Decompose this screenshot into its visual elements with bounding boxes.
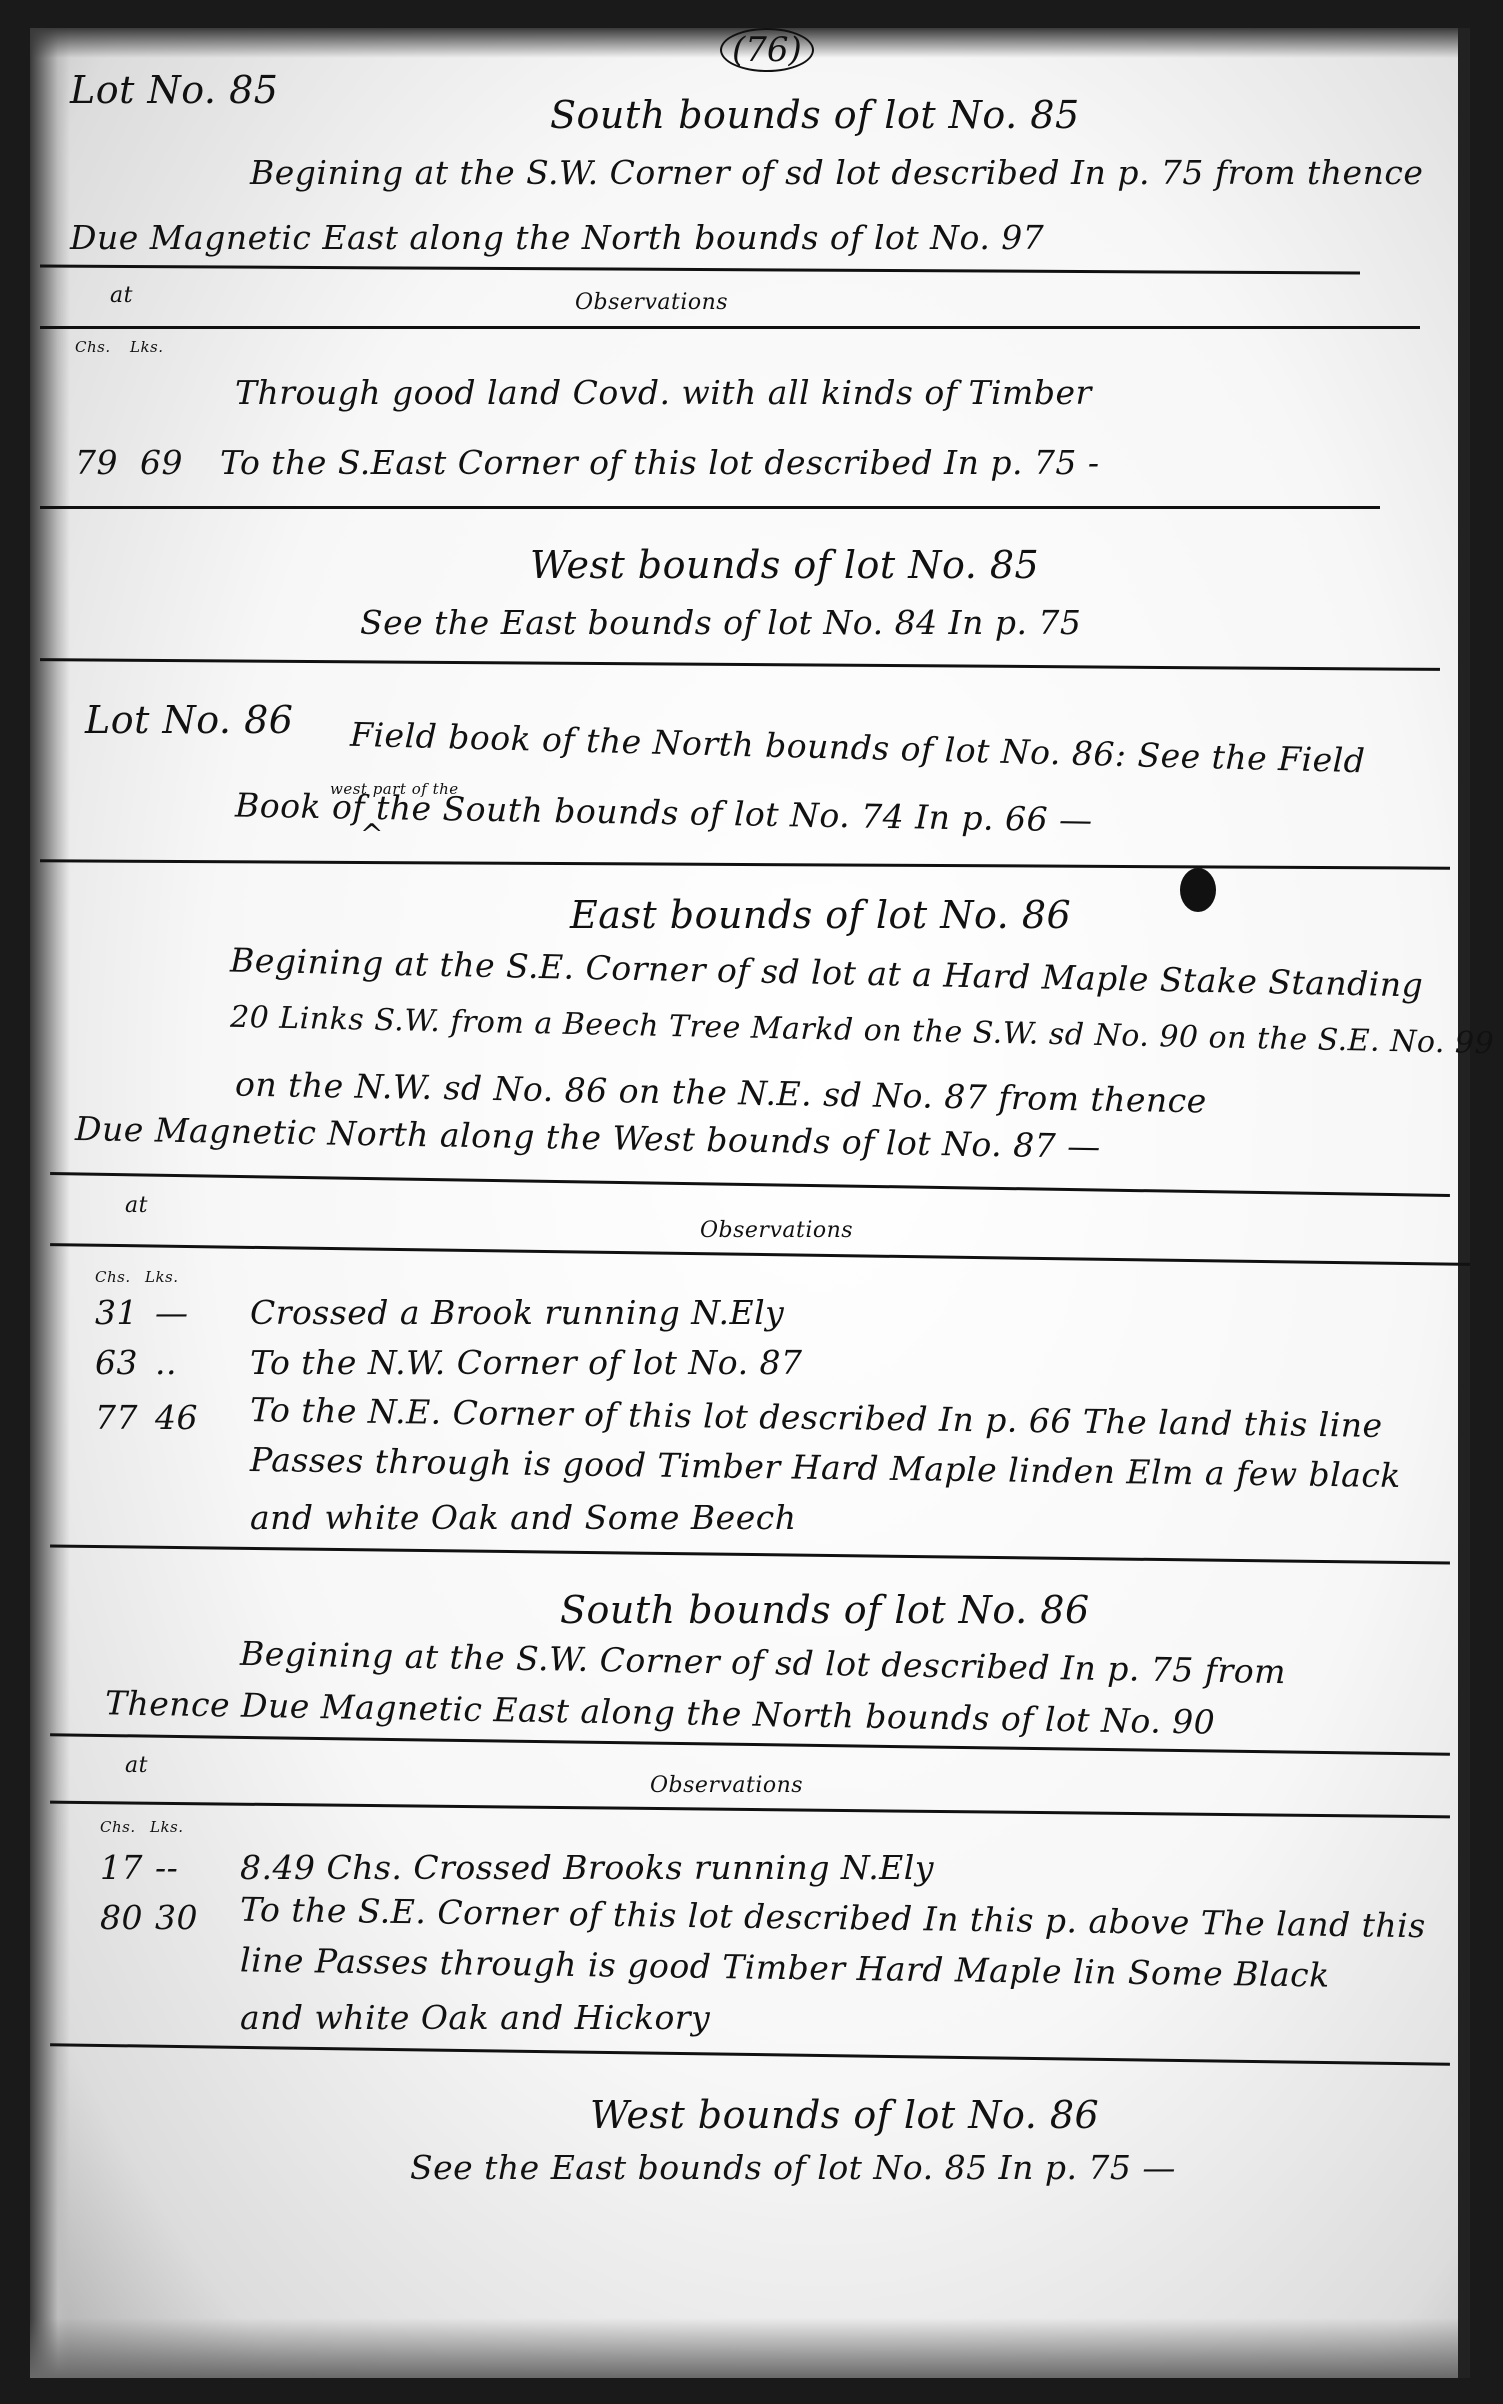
intro-line: on the N.W. sd No. 86 on the N.E. sd No.…	[235, 1065, 1207, 1121]
field-book-page: (76) Lot No. 85 South bounds of lot No. …	[30, 28, 1470, 2378]
chains-value: 77	[95, 1398, 138, 1437]
chains-value: 63	[95, 1343, 138, 1382]
column-header-observations: Observations	[575, 290, 728, 315]
divider	[50, 1801, 1450, 1819]
links-value: —	[155, 1293, 189, 1332]
unit-chains: Chs.	[95, 1268, 131, 1286]
divider	[50, 2043, 1450, 2066]
page-shadow-bottom	[30, 2318, 1470, 2378]
page-binding-right	[1458, 28, 1470, 2378]
lot-label: Lot No. 86	[85, 698, 293, 742]
intro-line: Due Magnetic East along the North bounds…	[70, 218, 1044, 257]
column-header-observations: Observations	[650, 1773, 803, 1798]
column-header-at: at	[125, 1193, 148, 1218]
section-heading: South bounds of lot No. 85	[550, 93, 1080, 137]
section-heading: South bounds of lot No. 86	[560, 1588, 1090, 1632]
intro-line: 20 Links S.W. from a Beech Tree Markd on…	[230, 1000, 1495, 1061]
divider	[50, 1172, 1450, 1197]
chains-value: 80	[100, 1898, 143, 1937]
lot-label: Lot No. 85	[70, 68, 278, 112]
unit-links: Lks.	[145, 1268, 179, 1286]
page-number: (76)	[720, 28, 814, 72]
links-value: 69	[140, 443, 183, 482]
intro-line: Field book of the North bounds of lot No…	[350, 715, 1366, 781]
divider	[40, 859, 1450, 869]
divider	[40, 658, 1440, 671]
column-header-observations: Observations	[700, 1218, 853, 1243]
observation-text: and white Oak and Some Beech	[250, 1498, 796, 1537]
column-header-at: at	[110, 283, 133, 308]
page-shadow-left	[30, 28, 70, 2378]
links-value: ..	[155, 1343, 177, 1382]
observation-text: and white Oak and Hickory	[240, 1998, 710, 2037]
links-value: --	[155, 1848, 178, 1887]
section-heading: West bounds of lot No. 86	[590, 2093, 1099, 2137]
observation-text: Passes through is good Timber Hard Maple…	[250, 1440, 1401, 1495]
links-value: 30	[155, 1898, 198, 1937]
observation-text: To the S.East Corner of this lot describ…	[220, 443, 1100, 482]
divider	[40, 326, 1420, 329]
intro-line: Due Magnetic North along the West bounds…	[75, 1109, 1101, 1166]
unit-links: Lks.	[150, 1818, 184, 1836]
unit-chains: Chs.	[75, 338, 111, 356]
unit-chains: Chs.	[100, 1818, 136, 1836]
divider	[50, 1733, 1450, 1756]
links-value: 46	[155, 1398, 198, 1437]
observation-text: To the N.W. Corner of lot No. 87	[250, 1343, 803, 1382]
divider	[50, 1243, 1470, 1266]
chains-value: 79	[75, 443, 118, 482]
intro-line: Begining at the S.E. Corner of sd lot at…	[230, 941, 1424, 1005]
ink-blot	[1180, 868, 1216, 912]
observation-text: line Passes through is good Timber Hard …	[240, 1940, 1330, 1994]
column-header-at: at	[125, 1753, 148, 1778]
observation-text: Crossed a Brook running N.Ely	[250, 1293, 784, 1332]
intro-line: Begining at the S.W. Corner of sd lot de…	[240, 1634, 1287, 1691]
intro-line: See the East bounds of lot No. 84 In p. …	[360, 603, 1081, 642]
divider	[40, 506, 1380, 509]
chains-value: 17	[100, 1848, 143, 1887]
chains-value: 31	[95, 1293, 138, 1332]
section-heading: West bounds of lot No. 85	[530, 543, 1039, 587]
intro-line: Begining at the S.W. Corner of sd lot de…	[250, 153, 1423, 192]
intro-line: See the East bounds of lot No. 85 In p. …	[410, 2148, 1176, 2187]
intro-line: Thence Due Magnetic East along the North…	[105, 1683, 1216, 1741]
divider	[40, 265, 1360, 275]
observation-text: 8.49 Chs. Crossed Brooks running N.Ely	[240, 1848, 934, 1887]
observation-text: To the S.E. Corner of this lot described…	[240, 1890, 1426, 1946]
divider	[50, 1544, 1450, 1564]
observation-text: Through good land Covd. with all kinds o…	[235, 373, 1092, 412]
unit-links: Lks.	[130, 338, 164, 356]
section-heading: East bounds of lot No. 86	[570, 893, 1071, 937]
observation-text: To the N.E. Corner of this lot described…	[250, 1390, 1383, 1445]
